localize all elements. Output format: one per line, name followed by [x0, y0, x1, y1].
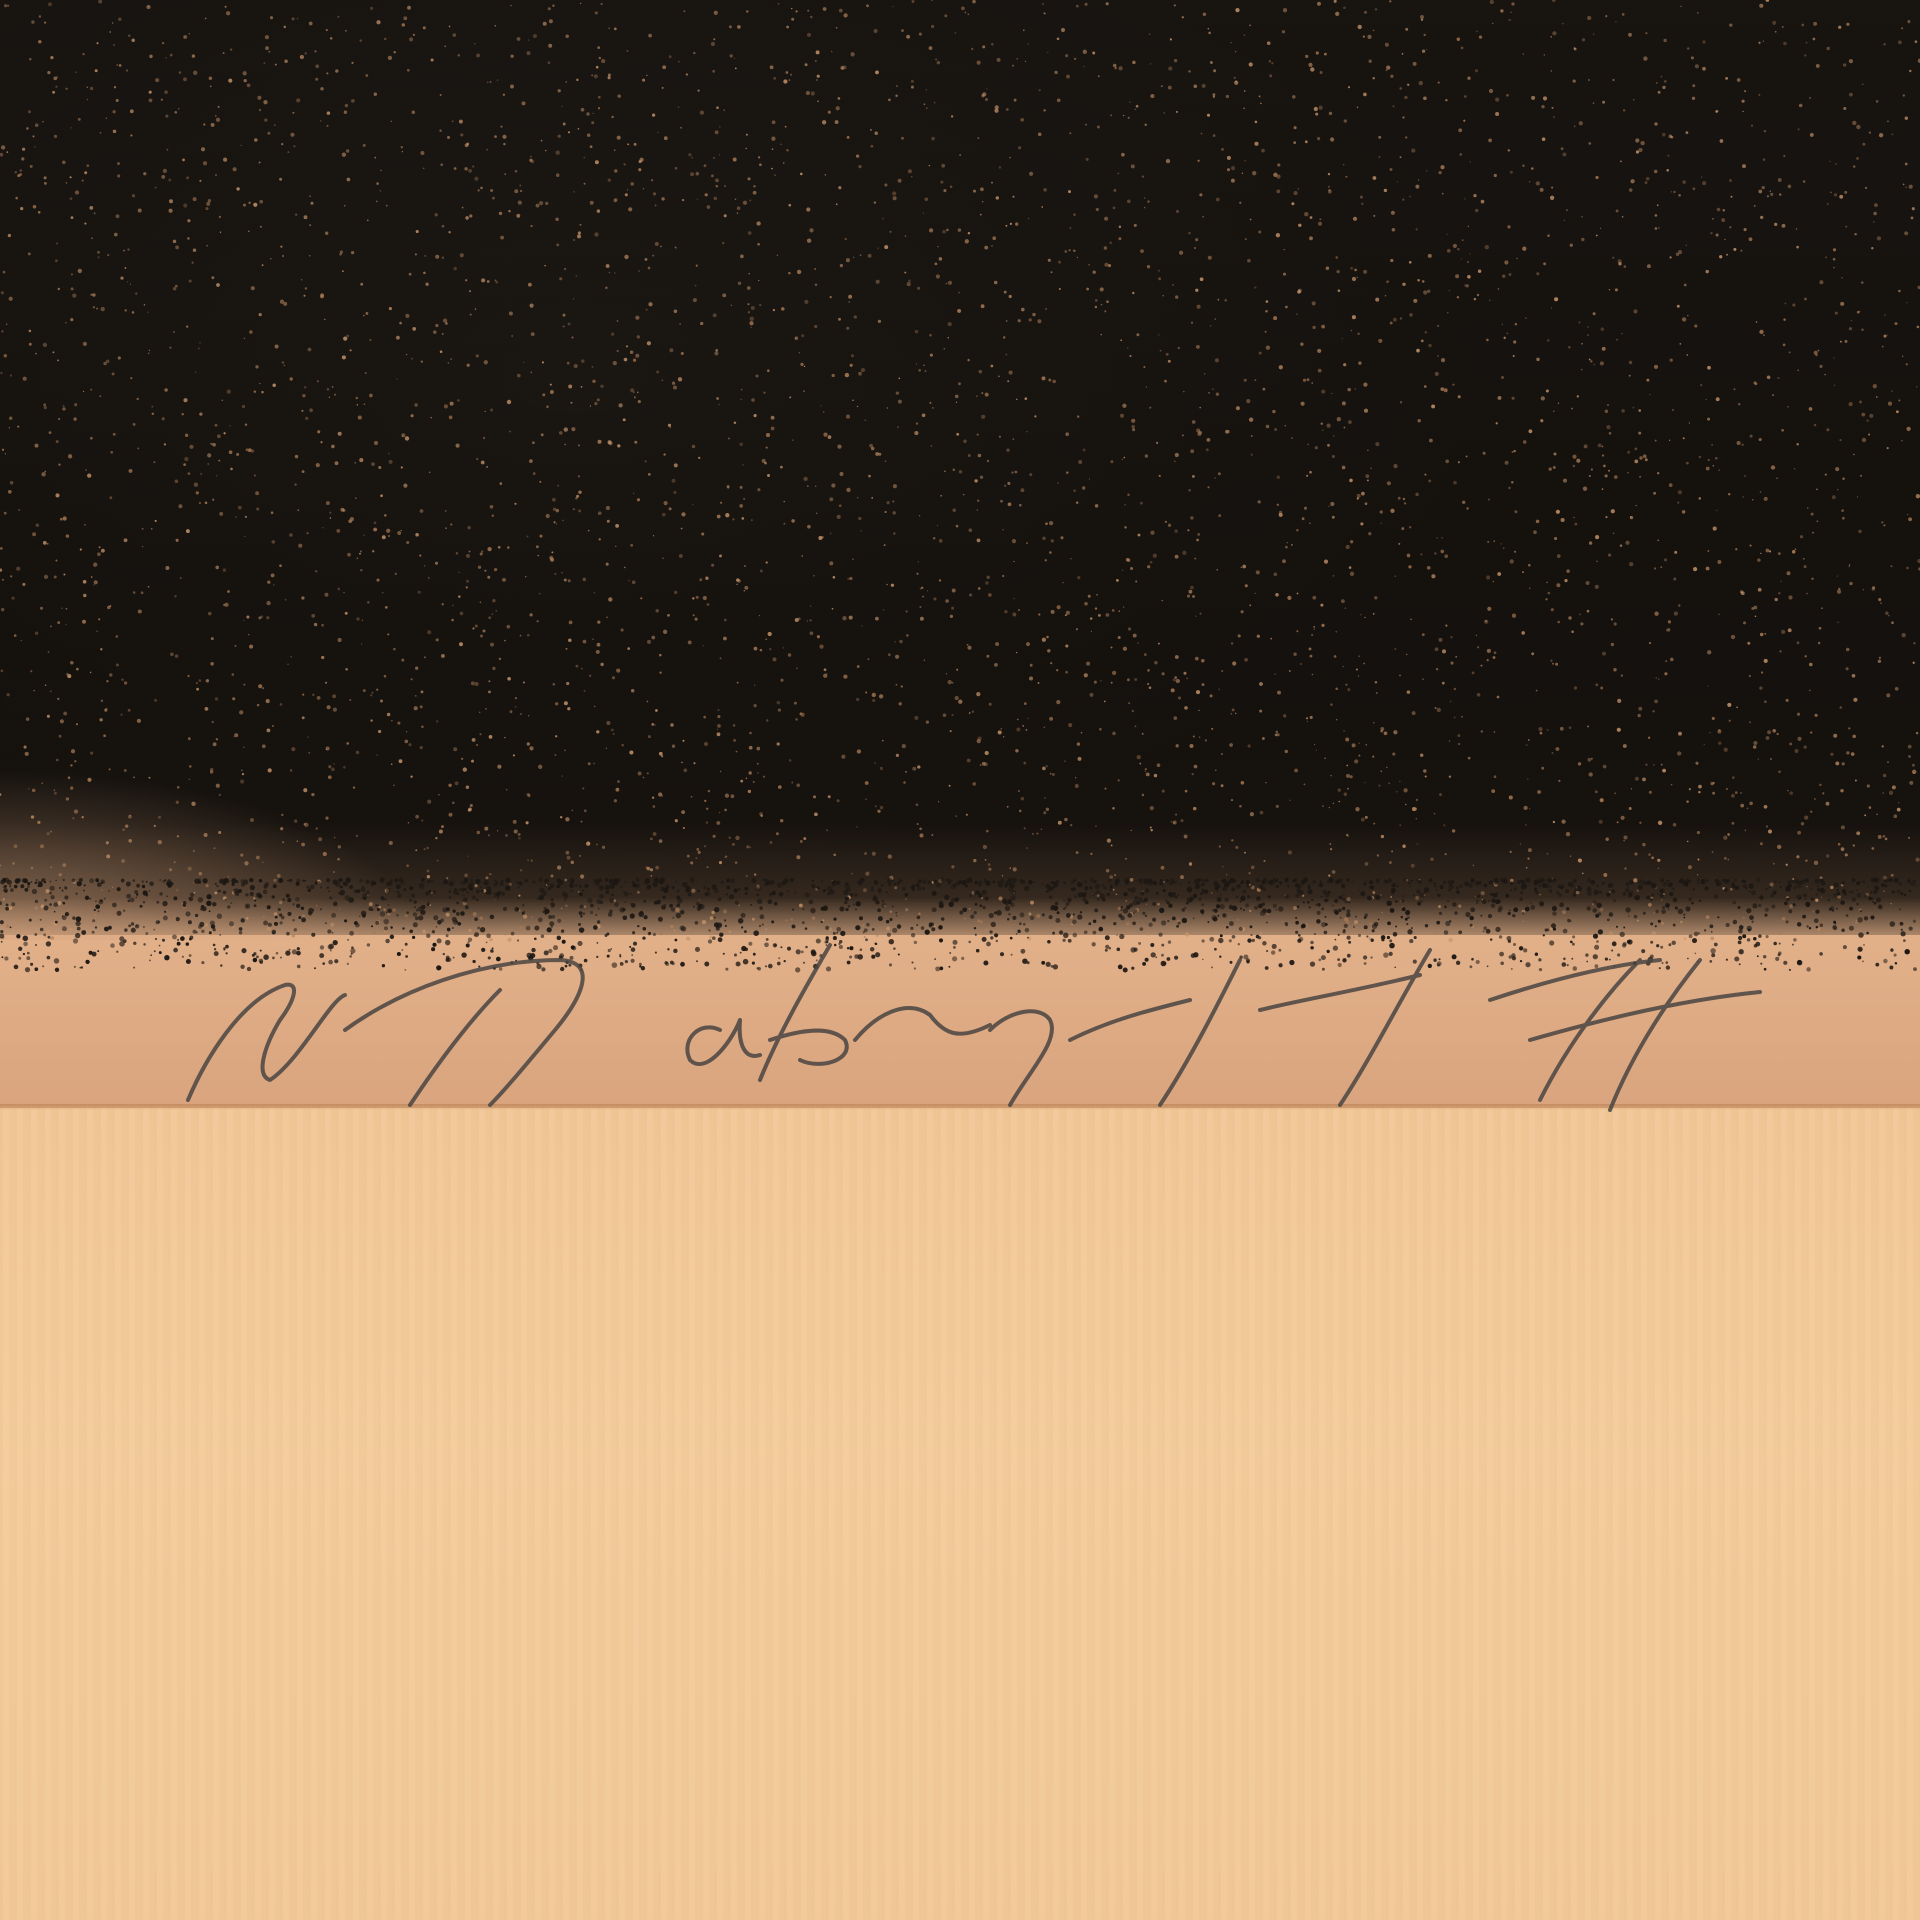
artwork-photo: W. Dabroff [0, 0, 1920, 1920]
pencil-signature: W. Dabroff [0, 0, 1920, 1920]
